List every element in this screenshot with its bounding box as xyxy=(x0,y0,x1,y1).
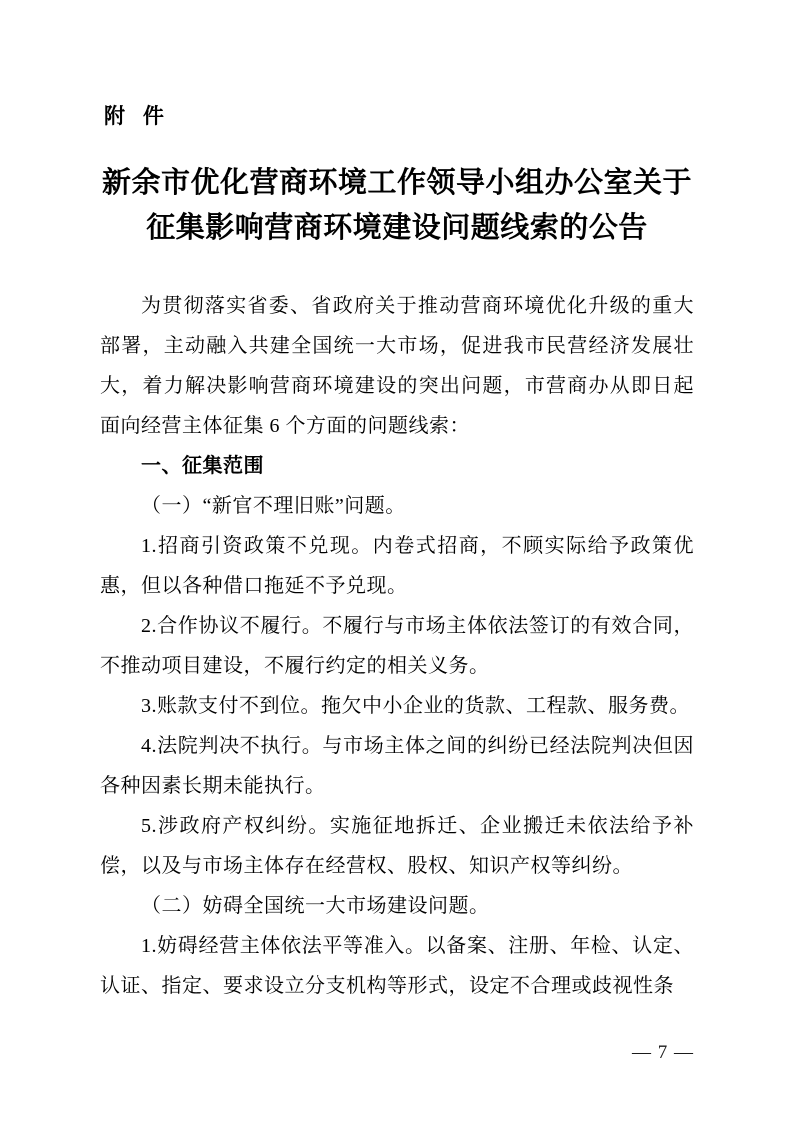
list-item-1-5: 5.涉政府产权纠纷。实施征地拆迁、企业搬迁未依法给予补偿，以及与市场主体存在经营… xyxy=(100,806,694,886)
document-body: 为贯彻落实省委、省政府关于推动营商环境优化升级的重大部署，主动融入共建全国统一大… xyxy=(100,286,694,1006)
document-title-line-1: 新余市优化营商环境工作领导小组办公室关于 xyxy=(100,161,694,206)
subsection-heading-2: （二）妨碍全国统一大市场建设问题。 xyxy=(100,886,694,926)
document-content: 附 件 新余市优化营商环境工作领导小组办公室关于 征集影响营商环境建设问题线索的… xyxy=(0,104,794,1006)
list-item-1-4: 4.法院判决不执行。与市场主体之间的纠纷已经法院判决但因各种因素长期未能执行。 xyxy=(100,726,694,806)
section-heading-collection-scope: 一、征集范围 xyxy=(100,446,694,486)
list-item-1-2: 2.合作协议不履行。不履行与市场主体依法签订的有效合同，不推动项目建设，不履行约… xyxy=(100,606,694,686)
subsection-heading-1: （一）“新官不理旧账”问题。 xyxy=(100,486,694,526)
page-number: — 7 — xyxy=(632,1041,694,1065)
list-item-1-1: 1.招商引资政策不兑现。内卷式招商，不顾实际给予政策优惠，但以各种借口拖延不予兑… xyxy=(100,526,694,606)
list-item-2-1: 1.妨碍经营主体依法平等准入。以备案、注册、年检、认定、认证、指定、要求设立分支… xyxy=(100,926,694,1006)
paragraph-intro: 为贯彻落实省委、省政府关于推动营商环境优化升级的重大部署，主动融入共建全国统一大… xyxy=(100,286,694,446)
document-page: 附 件 新余市优化营商环境工作领导小组办公室关于 征集影响营商环境建设问题线索的… xyxy=(0,0,794,1123)
list-item-1-3: 3.账款支付不到位。拖欠中小企业的货款、工程款、服务费。 xyxy=(100,686,694,726)
document-title-line-2: 征集影响营商环境建设问题线索的公告 xyxy=(100,206,694,251)
document-title: 新余市优化营商环境工作领导小组办公室关于 征集影响营商环境建设问题线索的公告 xyxy=(100,161,694,251)
attachment-label: 附 件 xyxy=(104,104,694,130)
